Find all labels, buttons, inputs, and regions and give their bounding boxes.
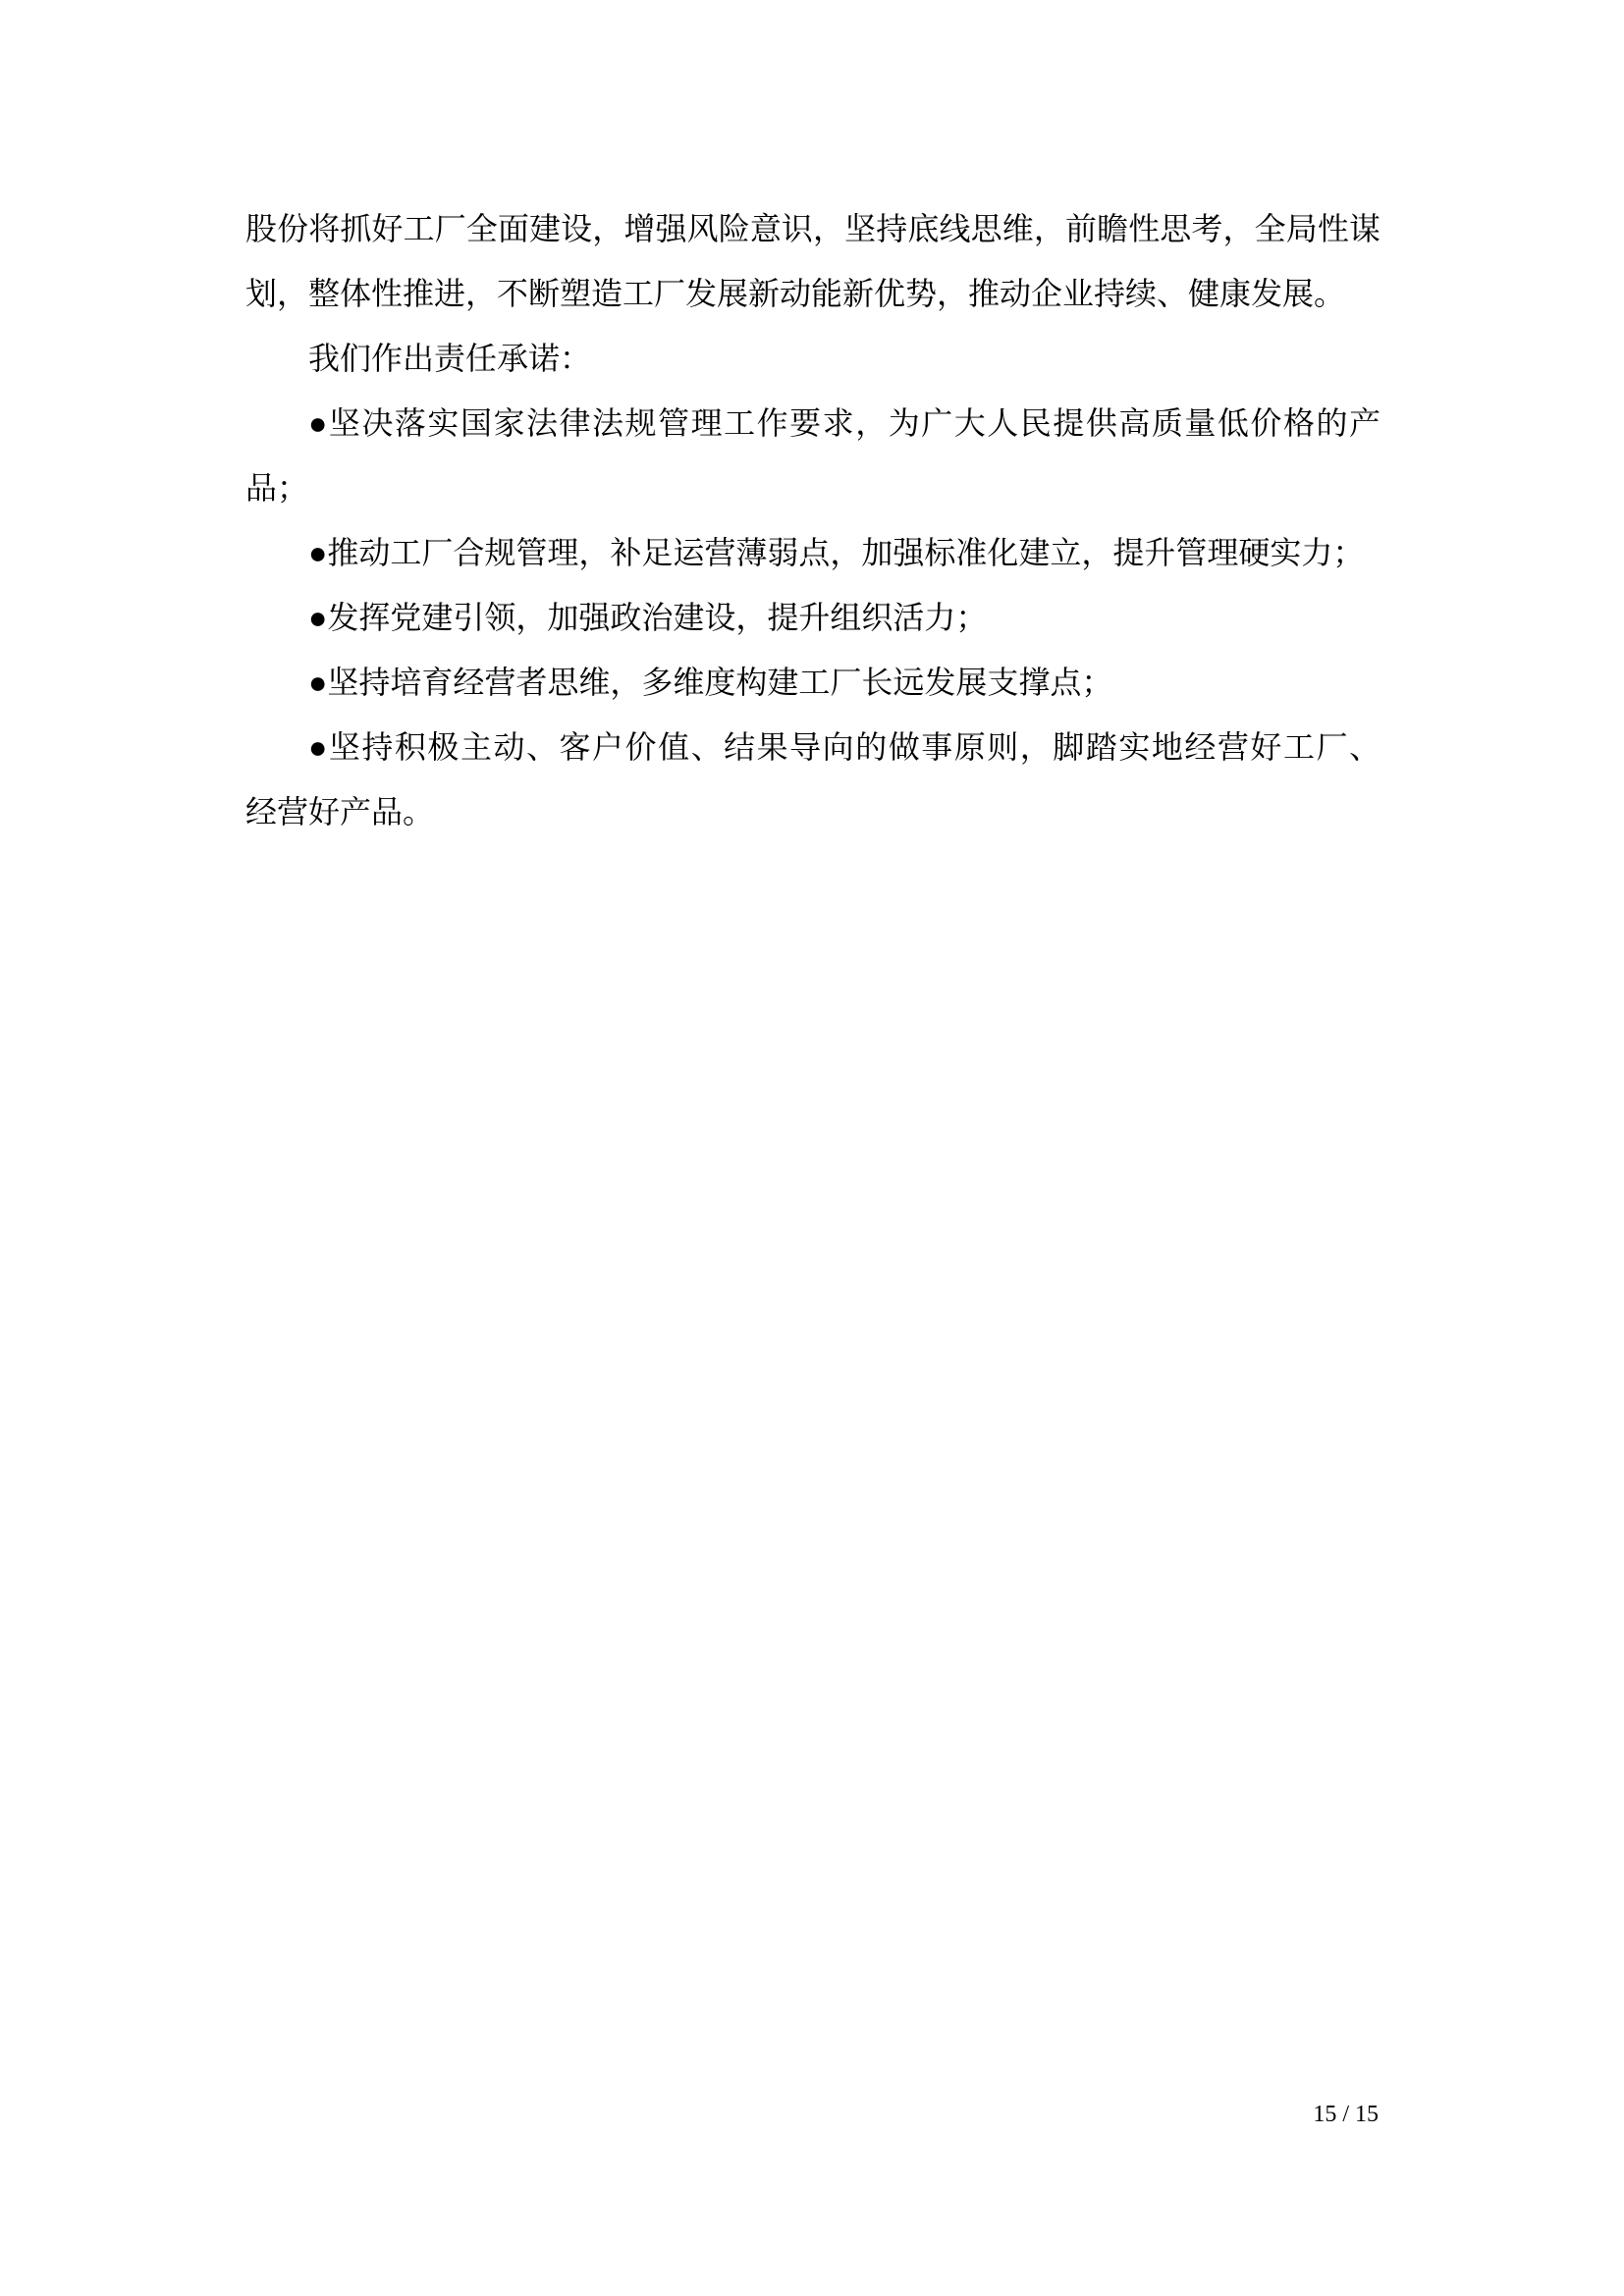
bullet-icon: ● — [308, 600, 327, 635]
commitment-text-tail: 经营好产品。 — [245, 794, 434, 829]
commitment-item: ●坚持培育经营者思维，多维度构建工厂长远发展支撑点； — [245, 650, 1380, 715]
document-page: 股份将抓好工厂全面建设，增强风险意识，坚持底线思维，前瞻性思考，全局性谋划，整体… — [0, 0, 1624, 2296]
bullet-icon: ● — [308, 405, 329, 441]
opening-paragraph: 股份将抓好工厂全面建设，增强风险意识，坚持底线思维，前瞻性思考，全局性谋划，整体… — [245, 196, 1380, 326]
page-number: 15 / 15 — [1313, 2100, 1379, 2129]
commitment-text-tail: 品； — [245, 470, 308, 506]
page-body-text: 股份将抓好工厂全面建设，增强风险意识，坚持底线思维，前瞻性思考，全局性谋划，整体… — [245, 196, 1380, 844]
commitment-text: 发挥党建引领，加强政治建设，提升组织活力； — [327, 600, 987, 635]
bullet-icon: ● — [308, 729, 329, 765]
commitment-item: ●发挥党建引领，加强政治建设，提升组织活力； — [245, 585, 1380, 650]
commitment-intro-paragraph: 我们作出责任承诺： — [245, 326, 1380, 391]
commitment-text: 坚持培育经营者思维，多维度构建工厂长远发展支撑点； — [327, 665, 1112, 700]
bullet-icon: ● — [308, 535, 327, 570]
commitment-text: 坚决落实国家法律法规管理工作要求，为广大人民提供高质量低价格的产 — [329, 405, 1380, 441]
commitment-item: ●坚持积极主动、客户价值、结果导向的做事原则，脚踏实地经营好工厂、经营好产品。 — [245, 715, 1380, 844]
bullet-icon: ● — [308, 665, 327, 700]
commitment-text: 推动工厂合规管理，补足运营薄弱点，加强标准化建立，提升管理硬实力； — [327, 535, 1364, 570]
commitment-item: ●坚决落实国家法律法规管理工作要求，为广大人民提供高质量低价格的产品； — [245, 391, 1380, 520]
commitment-text: 坚持积极主动、客户价值、结果导向的做事原则，脚踏实地经营好工厂、 — [329, 729, 1380, 765]
commitment-item: ●推动工厂合规管理，补足运营薄弱点，加强标准化建立，提升管理硬实力； — [245, 520, 1380, 585]
